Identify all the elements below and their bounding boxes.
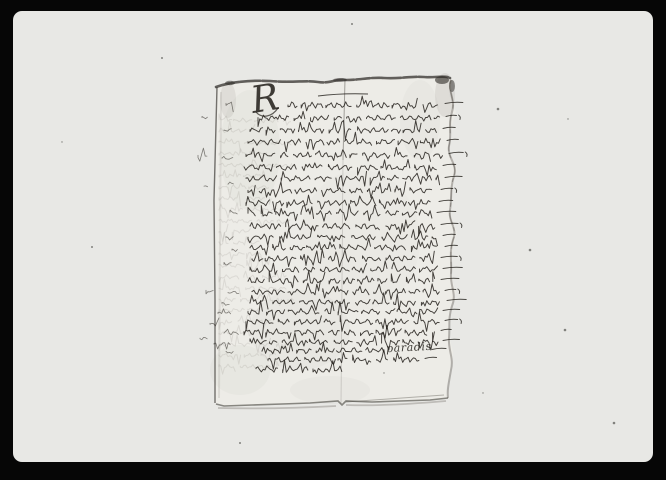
- initial-letter: R: [248, 78, 281, 119]
- manuscript-page-render: [0, 0, 666, 480]
- microfilm-frame: { "frame": { "border_color": "#060606", …: [0, 0, 666, 480]
- legible-word-paradis: paradis: [386, 341, 432, 354]
